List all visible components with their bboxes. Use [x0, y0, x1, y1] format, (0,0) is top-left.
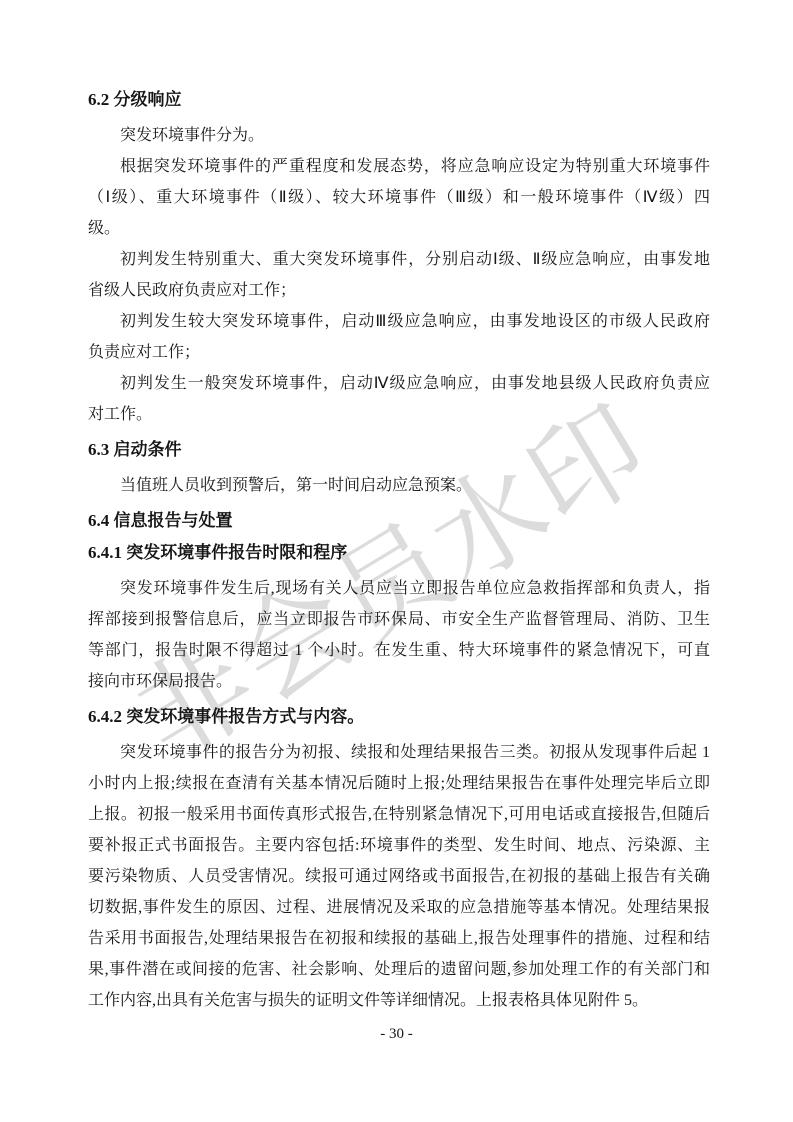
paragraph-line: 初判发生特别重大、重大突发环境事件，分别启动Ⅰ级、Ⅱ级应急响应，由事发地: [88, 244, 710, 275]
section-heading: 6.4.1 突发环境事件报告时限和程序: [88, 541, 710, 565]
paragraph-line: 要污染物质、人员受害情况。续报可通过网络或书面报告,在初报的基础上报告有关确: [88, 861, 710, 892]
paragraph: 初判发生一般突发环境事件，启动Ⅳ级应急响应，由事发地县级人民政府负责应对工作。: [88, 368, 710, 430]
paragraph-line: 初判发生较大突发环境事件，启动Ⅲ级应急响应，由事发地设区的市级人民政府: [88, 306, 710, 337]
paragraph-line: 省级人民政府负责应对工作；: [88, 275, 710, 306]
paragraph-line: 负责应对工作；: [88, 337, 710, 368]
paragraph-line: 根据突发环境事件的严重程度和发展态势，将应急响应设定为特别重大环境事件: [88, 151, 710, 182]
paragraph-line: 告采用书面报告,处理结果报告在初报和续报的基础上,报告处理事件的措施、过程和结: [88, 923, 710, 954]
paragraph-line: 果,事件潜在或间接的危害、社会影响、处理后的遗留问题,参加处理工作的有关部门和: [88, 954, 710, 985]
paragraph-line: 挥部接到报警信息后，应当立即报告市环保局、市安全生产监督管理局、消防、卫生: [88, 604, 710, 635]
paragraph-line: 突发环境事件的报告分为初报、续报和处理结果报告三类。初报从发现事件后起 1: [88, 737, 710, 768]
paragraph-line: 小时内上报;续报在查清有关基本情况后随时上报;处理结果报告在事件处理完毕后立即: [88, 768, 710, 799]
document-body: 6.2 分级响应突发环境事件分为。根据突发环境事件的严重程度和发展态势，将应急响…: [88, 88, 710, 1016]
paragraph-line: 突发环境事件分为。: [88, 120, 710, 151]
paragraph-line: 初判发生一般突发环境事件，启动Ⅳ级应急响应，由事发地县级人民政府负责应: [88, 368, 710, 399]
section-heading: 6.4 信息报告与处置: [88, 509, 710, 533]
paragraph-line: （Ⅰ级）、重大环境事件（Ⅱ级）、较大环境事件（Ⅲ级）和一般环境事件（Ⅳ级）四: [88, 182, 710, 213]
paragraph: 初判发生较大突发环境事件，启动Ⅲ级应急响应，由事发地设区的市级人民政府负责应对工…: [88, 306, 710, 368]
paragraph: 突发环境事件的报告分为初报、续报和处理结果报告三类。初报从发现事件后起 1小时内…: [88, 737, 710, 1016]
paragraph: 突发环境事件发生后,现场有关人员应当立即报告单位应急救指挥部和负责人，指挥部接到…: [88, 573, 710, 697]
paragraph-line: 要补报正式书面报告。主要内容包括:环境事件的类型、发生时间、地点、污染源、主: [88, 830, 710, 861]
paragraph-line: 突发环境事件发生后,现场有关人员应当立即报告单位应急救指挥部和负责人，指: [88, 573, 710, 604]
page-number: - 30 -: [0, 1026, 793, 1043]
paragraph-line: 对工作。: [88, 399, 710, 430]
section-heading: 6.4.2 突发环境事件报告方式与内容。: [88, 705, 710, 729]
paragraph-line: 级。: [88, 213, 710, 244]
section-heading: 6.2 分级响应: [88, 88, 710, 112]
paragraph-line: 等部门，报告时限不得超过 1 个小时。在发生重、特大环境事件的紧急情况下，可直: [88, 635, 710, 666]
section-heading: 6.3 启动条件: [88, 438, 710, 462]
document-page: 非会员水印 6.2 分级响应突发环境事件分为。根据突发环境事件的严重程度和发展态…: [0, 0, 793, 1122]
paragraph-line: 当值班人员收到预警后，第一时间启动应急预案。: [88, 470, 710, 501]
paragraph-line: 切数据,事件发生的原因、过程、进展情况及采取的应急措施等基本情况。处理结果报: [88, 892, 710, 923]
paragraph-line: 上报。初报一般采用书面传真形式报告,在特别紧急情况下,可用电话或直接报告,但随后: [88, 799, 710, 830]
paragraph: 突发环境事件分为。: [88, 120, 710, 151]
paragraph: 初判发生特别重大、重大突发环境事件，分别启动Ⅰ级、Ⅱ级应急响应，由事发地省级人民…: [88, 244, 710, 306]
paragraph: 根据突发环境事件的严重程度和发展态势，将应急响应设定为特别重大环境事件（Ⅰ级）、…: [88, 151, 710, 244]
paragraph-line: 接向市环保局报告。: [88, 666, 710, 697]
paragraph: 当值班人员收到预警后，第一时间启动应急预案。: [88, 470, 710, 501]
paragraph-line: 工作内容,出具有关危害与损失的证明文件等详细情况。上报表格具体见附件 5。: [88, 985, 710, 1016]
